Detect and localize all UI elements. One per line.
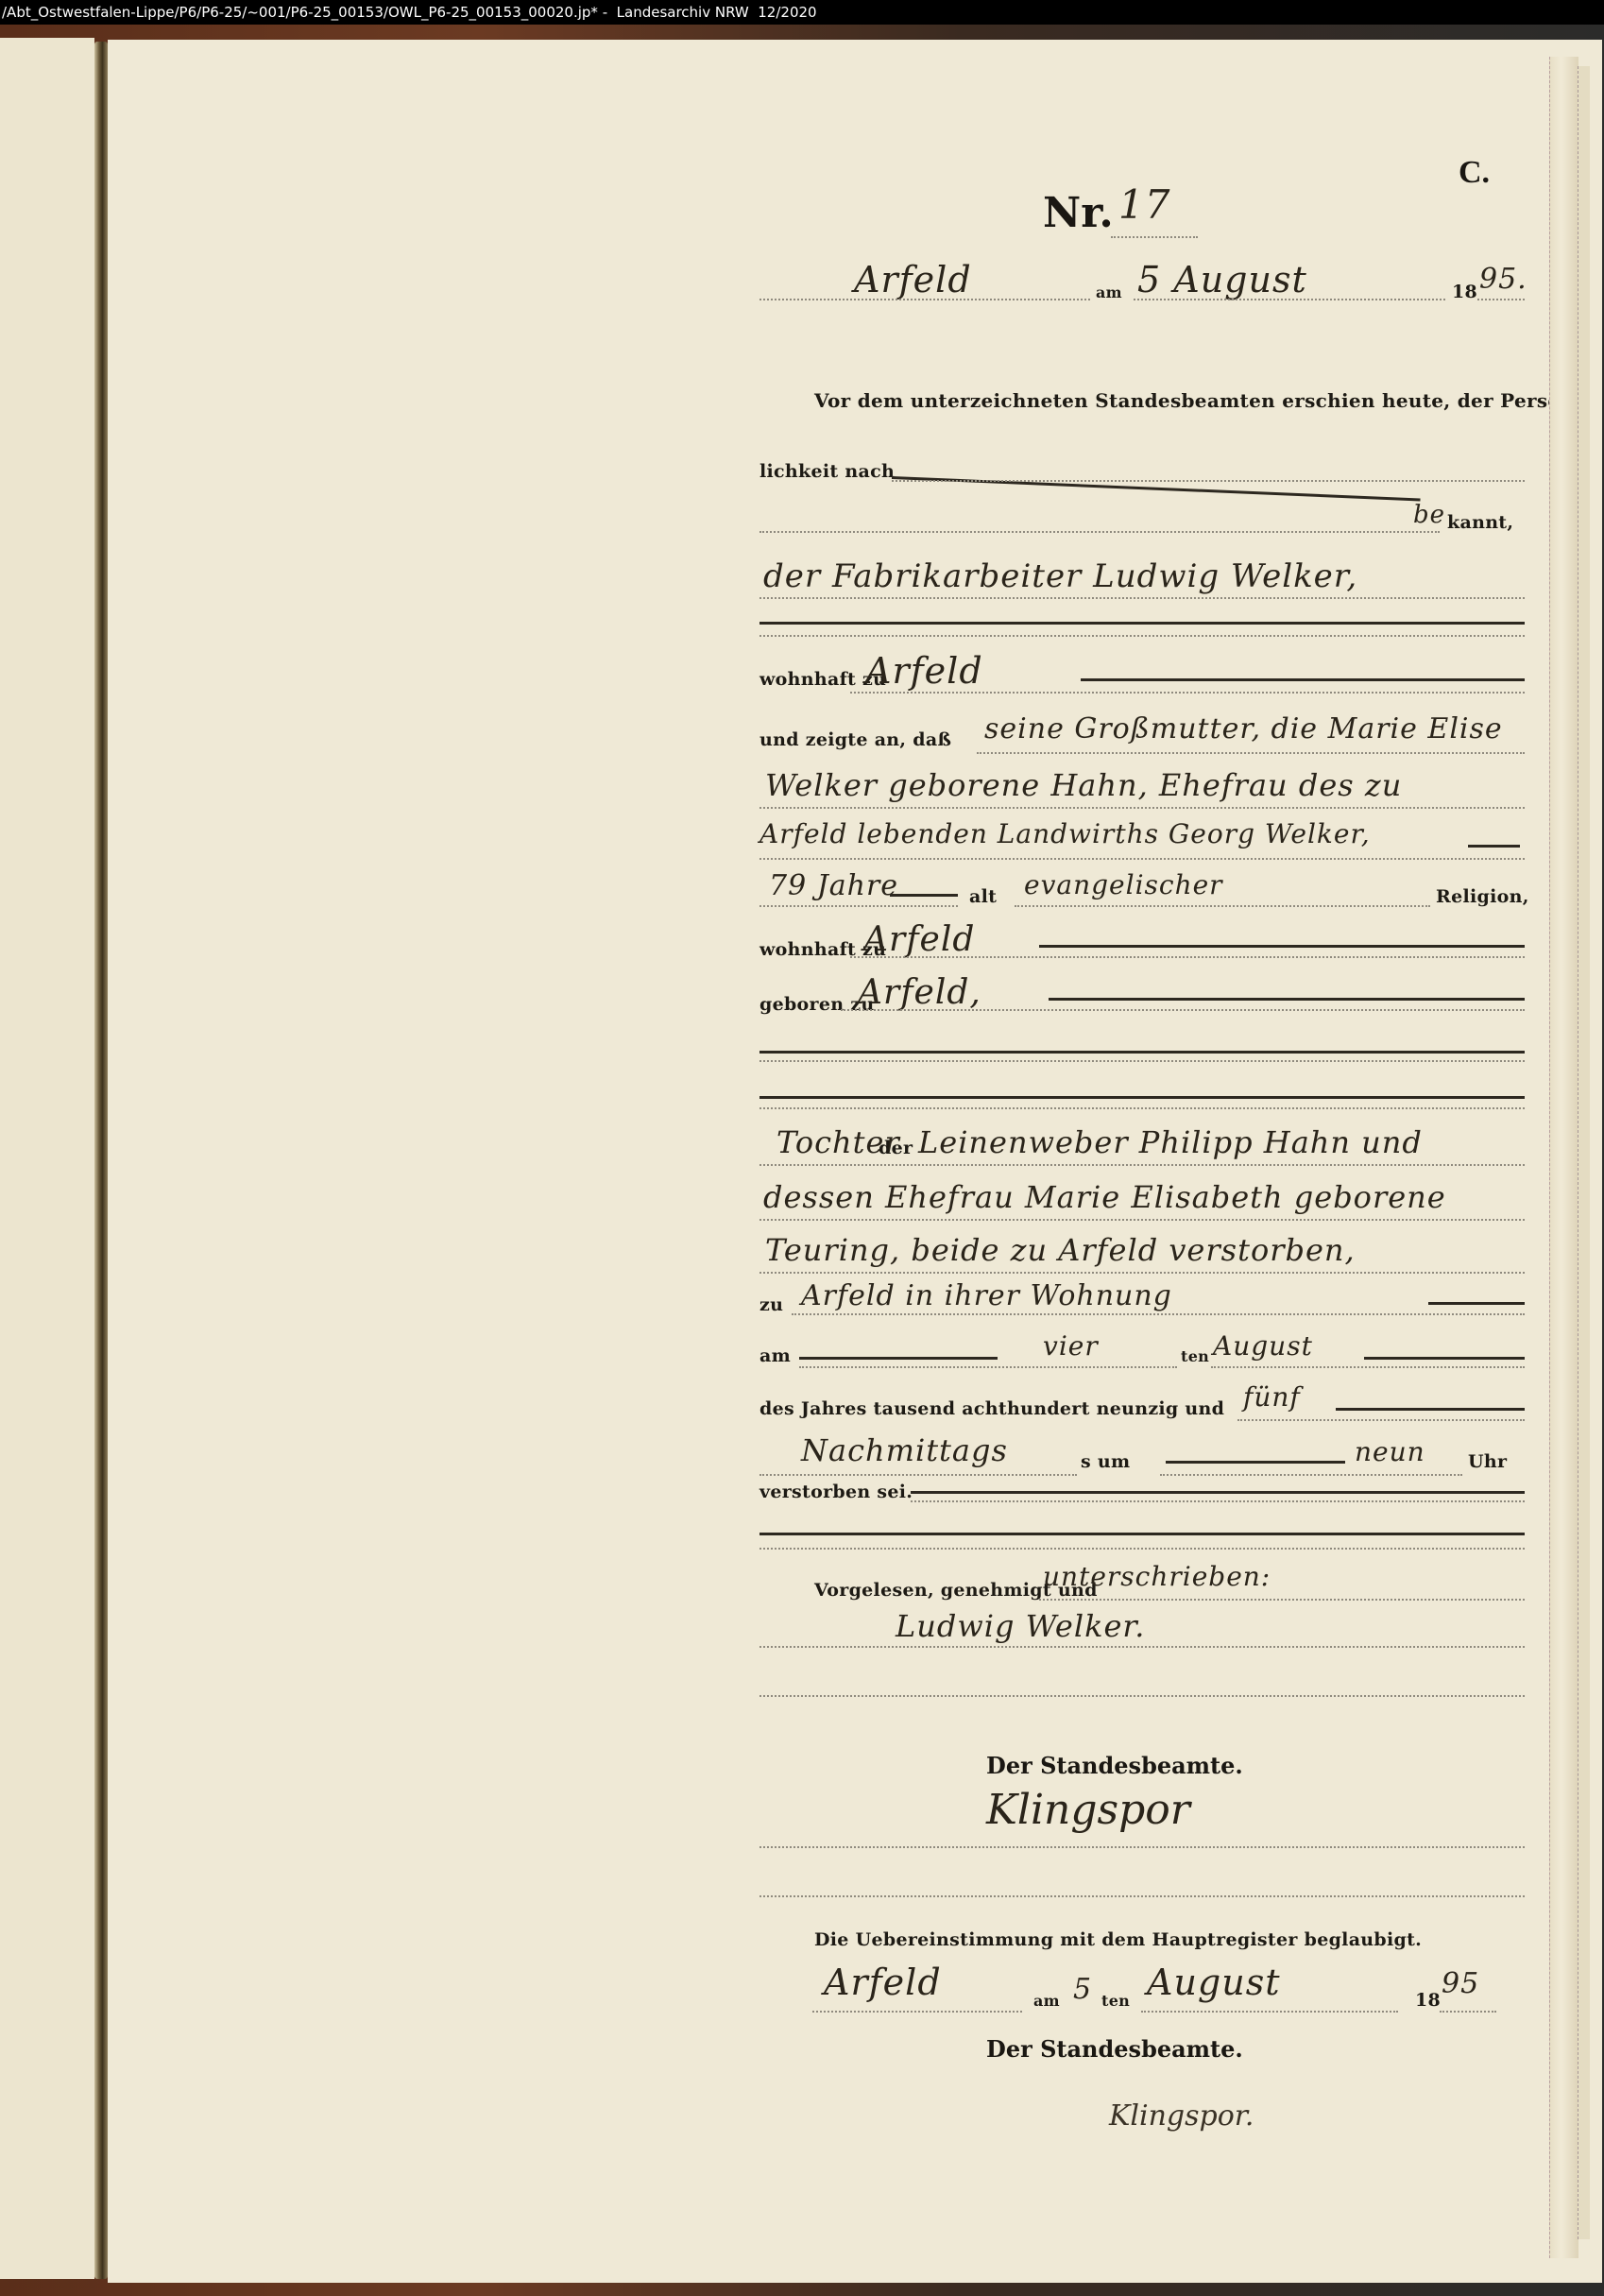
death-ten-label: ten	[1181, 1347, 1209, 1365]
record-number-line	[1111, 236, 1198, 238]
deceased-age: 79 Jahre	[769, 869, 898, 902]
year-prefix: 18	[1452, 282, 1477, 302]
cert-year-suffix: 95	[1442, 1967, 1479, 2000]
deceased-line1: seine Großmutter, die Marie Elise	[984, 712, 1503, 745]
intro-text-line1: Vor dem unterzeichneten Standesbeamten e…	[814, 389, 1583, 412]
record-date: 5 August	[1137, 259, 1307, 300]
page-edge	[1549, 57, 1578, 2258]
registrar-signature-line	[759, 1846, 1525, 1848]
parents-line-2	[759, 1219, 1525, 1221]
form-letter: C.	[1459, 155, 1490, 191]
death-place: Arfeld in ihrer Wohnung	[801, 1279, 1172, 1312]
parents-line1: Leinenweber Philipp Hahn und	[918, 1124, 1423, 1160]
registrar-blank-line	[759, 1895, 1525, 1897]
blank-stroke-1	[759, 1051, 1525, 1054]
cert-place: Arfeld	[824, 1962, 942, 2003]
residence-fill-stroke	[1081, 678, 1525, 681]
deceased-residence-line	[850, 956, 1525, 958]
informant-line	[759, 597, 1525, 599]
year-suffix: 95.	[1479, 263, 1527, 296]
blank-stroke-2	[759, 1096, 1525, 1099]
death-day: vier	[1043, 1330, 1099, 1362]
death-day-line	[799, 1366, 1177, 1368]
certification-text: Die Uebereinstimmung mit dem Hauptregist…	[814, 1929, 1422, 1950]
verstorben-line	[911, 1500, 1525, 1502]
blank-signature-line	[759, 1695, 1525, 1697]
record-number-value: 17	[1118, 181, 1170, 228]
record-number-label: Nr.	[1043, 189, 1114, 237]
intro-text-line2: lichkeit nach	[759, 461, 895, 482]
zeigte-an-label: und zeigte an, daß	[759, 729, 951, 750]
book-gutter	[94, 42, 108, 2279]
informant-fill-stroke	[759, 622, 1525, 625]
registrar-heading: Der Standesbeamte.	[986, 1752, 1243, 1779]
deceased-residence: Arfeld	[863, 920, 975, 959]
parents-line2: dessen Ehefrau Marie Elisabeth geborene	[763, 1179, 1446, 1215]
cert-year-prefix: 18	[1415, 1990, 1441, 2011]
age-fill-stroke	[890, 894, 958, 897]
informant-name: der Fabrikarbeiter Ludwig Welker,	[763, 557, 1357, 595]
time-of-day: Nachmittags	[801, 1432, 1008, 1468]
birthplace-line	[841, 1009, 1525, 1011]
unterschrieben: unterschrieben:	[1043, 1561, 1271, 1592]
record-place: Arfeld	[854, 259, 972, 300]
age-line	[759, 905, 958, 907]
birthplace: Arfeld,	[858, 973, 981, 1012]
uhr-label: Uhr	[1468, 1451, 1507, 1472]
closing-line	[759, 1548, 1525, 1550]
deceased-residence-stroke	[1039, 945, 1525, 948]
verstorben-label: verstorben sei.	[759, 1482, 913, 1502]
parents-line3: Teuring, beide zu Arfeld verstorben,	[765, 1232, 1356, 1268]
death-am-stroke	[799, 1357, 998, 1360]
zu-label: zu	[759, 1294, 783, 1315]
residence-line	[850, 692, 1525, 694]
vorgelesen-line	[1039, 1599, 1525, 1601]
cert-day: 5	[1073, 1973, 1092, 2006]
informant-line-2	[759, 635, 1525, 637]
informant-signature-line	[759, 1646, 1525, 1648]
window-title-bar: /Abt_Ostwestfalen-Lippe/P6/P6-25/~001/P6…	[0, 0, 1604, 25]
cert-am-label: am	[1033, 1992, 1060, 2010]
religion-label: Religion,	[1436, 886, 1529, 907]
death-year-line	[1237, 1419, 1525, 1421]
death-place-line	[792, 1313, 1525, 1315]
death-am-label: am	[759, 1345, 791, 1366]
informant-residence: Arfeld	[865, 650, 983, 692]
left-page	[0, 38, 94, 2279]
cert-month-line	[1141, 2011, 1398, 2013]
death-month: August	[1213, 1330, 1313, 1362]
parents-line-1	[759, 1164, 1525, 1166]
death-year-stroke	[1336, 1408, 1525, 1411]
informant-signature: Ludwig Welker.	[896, 1608, 1145, 1644]
um-label: s um	[1081, 1451, 1130, 1472]
register-page: C. Nr. 17 Arfeld am 5 August 18 95. Vor …	[108, 40, 1602, 2283]
deceased-line-1	[977, 752, 1525, 754]
date-line	[1134, 299, 1445, 300]
blank-line-1	[759, 1060, 1525, 1062]
place-line	[759, 299, 1090, 300]
deceased-line2: Welker geborene Hahn, Ehefrau des zu	[765, 767, 1402, 803]
page-edge-2	[1578, 66, 1590, 2239]
bekannt-print: kannt,	[1447, 512, 1513, 533]
intro-line-2	[759, 531, 1440, 533]
closing-stroke	[759, 1533, 1525, 1535]
cert-ten-label: ten	[1101, 1992, 1130, 2010]
hour-line	[1160, 1474, 1462, 1476]
hour-value: neun	[1355, 1436, 1425, 1467]
cert-year-line	[1440, 2011, 1496, 2013]
jahres-label: des Jahres tausend achthundert neunzig u…	[759, 1398, 1224, 1419]
blank-line-2	[759, 1107, 1525, 1109]
death-year-word: fünf	[1243, 1381, 1301, 1413]
birthplace-stroke	[1049, 998, 1525, 1001]
alt-label: alt	[969, 886, 997, 907]
intro-line-1	[892, 480, 1525, 482]
deceased-line-3	[759, 858, 1525, 860]
deceased-line3: Arfeld lebenden Landwirths Georg Welker,	[759, 818, 1371, 849]
cert-month: August	[1147, 1962, 1281, 2003]
death-month-stroke	[1364, 1357, 1525, 1360]
religion-value: evangelischer	[1024, 869, 1223, 900]
date-am-label: am	[1096, 283, 1122, 301]
year-line	[1477, 299, 1525, 300]
bekannt-hand: be	[1413, 501, 1445, 529]
time-of-day-line	[759, 1474, 1077, 1476]
deceased-line-2	[759, 807, 1525, 809]
registrar-heading-2: Der Standesbeamte.	[986, 2035, 1243, 2063]
death-month-line	[1211, 1366, 1525, 1368]
cert-place-line	[812, 2011, 1022, 2013]
hour-stroke	[1166, 1461, 1345, 1464]
registrar-signature-2: Klingspor.	[1109, 2099, 1254, 2133]
death-place-stroke	[1428, 1302, 1525, 1305]
registrar-signature: Klingspor	[986, 1786, 1190, 1834]
religion-line	[1015, 905, 1430, 907]
verstorben-stroke	[911, 1491, 1525, 1494]
parents-line-3	[759, 1272, 1525, 1274]
parents-der-label: der	[879, 1138, 913, 1158]
deceased-fill-stroke	[1468, 845, 1520, 848]
